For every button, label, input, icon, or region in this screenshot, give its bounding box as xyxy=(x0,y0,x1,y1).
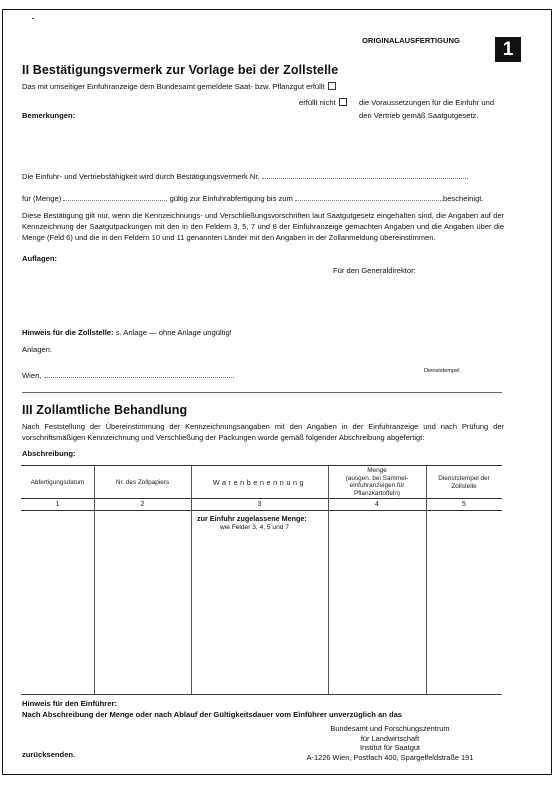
conditions-label: Auflagen: xyxy=(22,253,57,265)
copy-number-badge: 1 xyxy=(495,37,521,62)
col-number-1: 1 xyxy=(21,501,94,508)
valid-until-label: , gültig zur Einfuhrabfertigung bis zum xyxy=(165,194,292,203)
col-header-customs-doc-no: Nr. des Zollpapiers xyxy=(94,479,191,487)
col-header-quantity: Menge (ausgen. bei Sammel- einfuhranzeig… xyxy=(328,467,426,497)
conditions-field[interactable] xyxy=(22,266,322,326)
quantity-header-line: (ausgen. bei Sammel- xyxy=(328,475,426,483)
writeoff-table: Abfertigungsdatum Nr. des Zollpapiers Wa… xyxy=(21,459,502,687)
quantity-header-line: Menge xyxy=(328,467,426,475)
col-number-4: 4 xyxy=(328,501,426,508)
importer-note-text: Nach Abschreibung der Menge oder nach Ab… xyxy=(22,709,402,721)
certified-label: bescheinigt. xyxy=(443,194,484,203)
not-fulfilled-option: erfüllt nicht xyxy=(299,97,347,109)
quantity-line: für (Menge) , gültig zur Einfuhrabfertig… xyxy=(22,192,484,205)
section-2-title: II Bestätigungsvermerk zur Vorlage bei d… xyxy=(22,63,338,77)
col-header-goods-description: Warenbenennung xyxy=(191,479,328,487)
not-fulfilled-label: erfüllt nicht xyxy=(299,98,336,107)
customs-note-title: Hinweis für die Zollstelle: xyxy=(22,328,114,337)
address-line: Bundesamt und Forschungszentrum xyxy=(240,724,540,734)
stamp-header-line: Dienststempel der xyxy=(426,475,502,483)
importer-note-title: Hinweis für den Einführer: xyxy=(22,698,117,710)
attachments-label: Anlagen: xyxy=(22,344,52,356)
clearance-date-cell[interactable] xyxy=(22,512,93,693)
col-number-5: 5 xyxy=(426,501,502,508)
quantity-field[interactable] xyxy=(63,192,165,201)
customs-stamp-cell[interactable] xyxy=(427,512,501,693)
quantity-cell[interactable] xyxy=(329,512,425,693)
fulfillment-statement: Das mit umseitiger Einfuhranzeige dem Bu… xyxy=(22,81,336,93)
return-address: Bundesamt und Forschungszentrum für Land… xyxy=(240,724,540,762)
address-line: A-1226 Wien, Postfach 400, Spargelfeldst… xyxy=(240,753,540,763)
writeoff-label: Abschreibung: xyxy=(22,448,76,460)
address-line: für Landwirtschaft xyxy=(240,734,540,744)
section-divider xyxy=(22,392,502,393)
customs-note-text: s. Anlage — ohne Anlage ungültig! xyxy=(114,328,232,337)
stamp-header-line: Zollstelle xyxy=(426,483,502,491)
col-header-customs-stamp: Dienststempel der Zollstelle xyxy=(426,475,502,490)
place-label: Wien, xyxy=(22,371,41,380)
place-date-line: Wien, xyxy=(22,369,234,382)
customs-note: Hinweis für die Zollstelle: s. Anlage — … xyxy=(22,327,232,339)
director-label: Für den Generaldirektor: xyxy=(333,265,416,277)
validity-paragraph: Diese Bestätigung gilt nur, wenn die Ken… xyxy=(22,210,504,244)
goods-description-cell[interactable] xyxy=(192,535,327,693)
requirements-line-1: die Voraussetzungen für die Einfuhr und xyxy=(359,97,494,109)
quantity-header-line: einfuhranzeigen für xyxy=(328,482,426,490)
col-number-2: 2 xyxy=(94,501,191,508)
stamp-label: Dienststempel xyxy=(424,368,459,374)
certification-line: Die Einfuhr- und Vertriebsfähigkeit wird… xyxy=(22,170,468,183)
section-3-title: III Zollamtliche Behandlung xyxy=(22,403,187,417)
certification-label: Die Einfuhr- und Vertriebsfähigkeit wird… xyxy=(22,172,260,181)
customs-doc-no-cell[interactable] xyxy=(95,512,190,693)
requirements-line-2: den Vertrieb gemäß Saatgutgesetz. xyxy=(359,110,478,122)
treatment-paragraph: Nach Feststellung der Übereinstimmung de… xyxy=(22,421,504,443)
permitted-quantity-label: zur Einfuhr zugelassene Menge: xyxy=(197,514,307,523)
col-header-clearance-date: Abfertigungsdatum xyxy=(21,479,94,487)
remarks-label: Bemerkungen: xyxy=(22,110,75,122)
certification-number-field[interactable] xyxy=(262,170,468,179)
fulfillment-text: Das mit umseitiger Einfuhranzeige dem Bu… xyxy=(22,82,325,91)
copy-label: ORIGINALAUSFERTIGUNG xyxy=(362,36,460,45)
return-label: zurücksenden. xyxy=(22,749,75,761)
address-line: Institut für Saatgut xyxy=(240,743,540,753)
col-number-3: 3 xyxy=(191,501,328,508)
table-bottom-rule xyxy=(21,694,502,695)
permitted-quantity-note: wie Felder 3, 4, 5 und 7 xyxy=(220,524,289,531)
remarks-field[interactable] xyxy=(22,124,352,164)
not-fulfilled-checkbox[interactable] xyxy=(339,98,347,106)
fulfilled-checkbox[interactable] xyxy=(328,82,336,90)
quantity-header-line: Pflanzkartoffeln) xyxy=(328,490,426,498)
place-date-field[interactable] xyxy=(44,369,234,378)
valid-until-field[interactable] xyxy=(295,192,443,201)
quantity-label: für (Menge) xyxy=(22,194,61,203)
